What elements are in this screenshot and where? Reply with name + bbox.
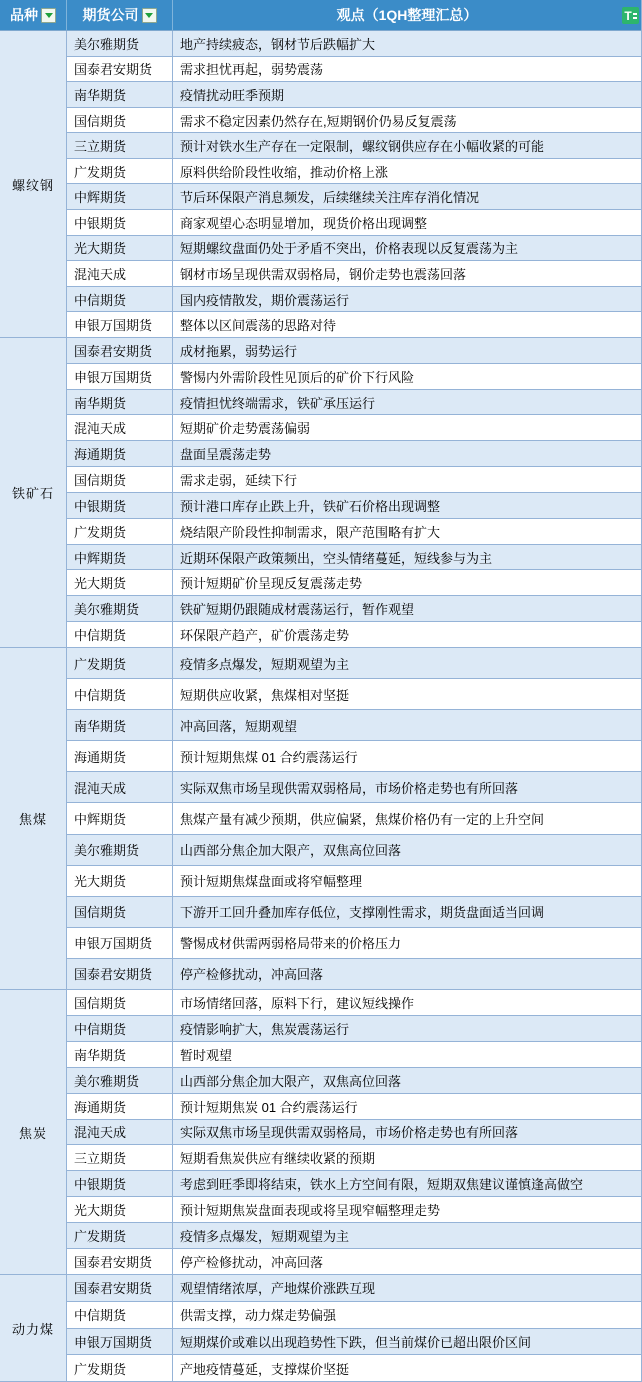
corner-logo-badge-icon: T xyxy=(622,7,639,24)
company-cell[interactable]: 混沌天成 xyxy=(67,772,173,802)
table-row: 国信期货需求不稳定因素仍然存在,短期钢价仍易反复震荡 xyxy=(67,108,641,134)
view-cell[interactable]: 短期看焦炭供应有继续收紧的预期 xyxy=(173,1145,641,1170)
view-cell[interactable]: 需求走弱，延续下行 xyxy=(173,467,641,492)
company-cell[interactable]: 国泰君安期货 xyxy=(67,338,173,363)
company-cell[interactable]: 国泰君安期货 xyxy=(67,1249,173,1274)
section-rows: 广发期货疫情多点爆发，短期观望为主中信期货短期供应收紧，焦煤相对坚挺南华期货冲高… xyxy=(67,648,641,990)
view-cell[interactable]: 成材拖累，弱势运行 xyxy=(173,338,641,363)
view-cell[interactable]: 预计短期矿价呈现反复震荡走势 xyxy=(173,570,641,595)
filter-dropdown-icon xyxy=(45,13,53,18)
view-cell[interactable]: 钢材市场呈现供需双弱格局，钢价走势也震荡回落 xyxy=(173,261,641,286)
variety-cell[interactable]: 焦煤 xyxy=(0,648,67,990)
company-cell[interactable]: 国泰君安期货 xyxy=(67,1275,173,1301)
view-cell[interactable]: 原料供给阶段性收缩，推动价格上涨 xyxy=(173,159,641,184)
table-row: 中信期货国内疫情散发，期价震荡运行 xyxy=(67,287,641,313)
table-row: 中信期货环保限产趋产，矿价震荡走势 xyxy=(67,622,641,648)
view-cell[interactable]: 山西部分焦企加大限产，双焦高位回落 xyxy=(173,835,641,865)
view-cell[interactable]: 烧结限产阶段性抑制需求，限产范围略有扩大 xyxy=(173,519,641,544)
company-cell[interactable]: 美尔雅期货 xyxy=(67,1068,173,1093)
view-cell[interactable]: 环保限产趋产，矿价震荡走势 xyxy=(173,622,641,647)
company-cell[interactable]: 光大期货 xyxy=(67,236,173,261)
table-row: 中银期货商家观望心态明显增加，现货价格出现调整 xyxy=(67,210,641,236)
table-row: 混沌天成钢材市场呈现供需双弱格局，钢价走势也震荡回落 xyxy=(67,261,641,287)
table-row: 海通期货盘面呈震荡走势 xyxy=(67,441,641,467)
table-row: 广发期货疫情多点爆发，短期观望为主 xyxy=(67,648,641,679)
table-row: 国泰君安期货需求担忧再起，弱势震荡 xyxy=(67,57,641,83)
commodity-section: 铁矿石国泰君安期货成材拖累，弱势运行申银万国期货警惕内外需阶段性见顶后的矿价下行… xyxy=(0,338,641,648)
company-cell[interactable]: 申银万国期货 xyxy=(67,928,173,958)
header-cell-company[interactable]: 期货公司 xyxy=(67,0,173,30)
company-cell[interactable]: 海通期货 xyxy=(67,1094,173,1119)
company-cell[interactable]: 南华期货 xyxy=(67,390,173,415)
header-variety-label: 品种 xyxy=(10,5,38,25)
table-row: 中辉期货焦煤产量有减少预期，供应偏紧，焦煤价格仍有一定的上升空间 xyxy=(67,803,641,834)
variety-cell[interactable]: 螺纹钢 xyxy=(0,31,67,338)
table-row: 南华期货暂时观望 xyxy=(67,1042,641,1068)
header-company-label: 期货公司 xyxy=(83,5,139,25)
table-row: 南华期货冲高回落，短期观望 xyxy=(67,710,641,741)
company-cell[interactable]: 美尔雅期货 xyxy=(67,835,173,865)
company-cell[interactable]: 混沌天成 xyxy=(67,261,173,286)
table-body: 螺纹钢美尔雅期货地产持续疲态，钢材节后跌幅扩大国泰君安期货需求担忧再起，弱势震荡… xyxy=(0,31,641,1382)
company-cell[interactable]: 南华期货 xyxy=(67,710,173,740)
section-rows: 美尔雅期货地产持续疲态，钢材节后跌幅扩大国泰君安期货需求担忧再起，弱势震荡南华期… xyxy=(67,31,641,338)
company-cell[interactable]: 国信期货 xyxy=(67,108,173,133)
view-cell[interactable]: 近期环保限产政策频出，空头情绪蔓延，短线参与为主 xyxy=(173,545,641,570)
opinions-table: 品种 期货公司 观点（1QH整理汇总） T 螺纹钢美尔雅期货地产持续疲态，钢材节… xyxy=(0,0,642,1382)
company-cell[interactable]: 美尔雅期货 xyxy=(67,596,173,621)
table-row: 南华期货疫情扰动旺季预期 xyxy=(67,82,641,108)
view-cell[interactable]: 预计对铁水生产存在一定限制，螺纹钢供应存在小幅收紧的可能 xyxy=(173,133,641,158)
table-row: 国信期货需求走弱，延续下行 xyxy=(67,467,641,493)
view-cell[interactable]: 产地疫情蔓延，支撑煤价坚挺 xyxy=(173,1355,641,1381)
company-cell[interactable]: 光大期货 xyxy=(67,570,173,595)
table-row: 南华期货疫情担忧终端需求，铁矿承压运行 xyxy=(67,390,641,416)
header-view-label: 观点（1QH整理汇总） xyxy=(337,5,478,25)
section-rows: 国信期货市场情绪回落，原料下行，建议短线操作中信期货疫情影响扩大，焦炭震荡运行南… xyxy=(67,990,641,1275)
company-cell[interactable]: 中信期货 xyxy=(67,1016,173,1041)
table-row: 海通期货预计短期焦煤 01 合约震荡运行 xyxy=(67,741,641,772)
header-cell-variety[interactable]: 品种 xyxy=(0,0,67,30)
table-row: 中信期货疫情影响扩大，焦炭震荡运行 xyxy=(67,1016,641,1042)
view-cell[interactable]: 需求担忧再起，弱势震荡 xyxy=(173,57,641,82)
company-cell[interactable]: 中信期货 xyxy=(67,1302,173,1328)
view-cell[interactable]: 短期供应收紧，焦煤相对坚挺 xyxy=(173,679,641,709)
header-cell-view[interactable]: 观点（1QH整理汇总） xyxy=(173,0,641,30)
variety-cell[interactable]: 动力煤 xyxy=(0,1275,67,1382)
view-cell[interactable]: 盘面呈震荡走势 xyxy=(173,441,641,466)
view-cell[interactable]: 停产检修扰动，冲高回落 xyxy=(173,959,641,989)
view-cell[interactable]: 预计短期焦煤盘面或将窄幅整理 xyxy=(173,866,641,896)
filter-dropdown-icon xyxy=(145,13,153,18)
table-row: 三立期货短期看焦炭供应有继续收紧的预期 xyxy=(67,1145,641,1171)
table-row: 申银万国期货整体以区间震荡的思路对待 xyxy=(67,312,641,338)
commodity-section: 螺纹钢美尔雅期货地产持续疲态，钢材节后跌幅扩大国泰君安期货需求担忧再起，弱势震荡… xyxy=(0,31,641,338)
company-cell[interactable]: 申银万国期货 xyxy=(67,364,173,389)
view-cell[interactable]: 国内疫情散发，期价震荡运行 xyxy=(173,287,641,312)
table-row: 中银期货预计港口库存止跌上升，铁矿石价格出现调整 xyxy=(67,493,641,519)
table-row: 中银期货考虑到旺季即将结束，铁水上方空间有限，短期双焦建议谨慎逢高做空 xyxy=(67,1171,641,1197)
view-cell[interactable]: 供需支撑，动力煤走势偏强 xyxy=(173,1302,641,1328)
table-row: 三立期货预计对铁水生产存在一定限制，螺纹钢供应存在小幅收紧的可能 xyxy=(67,133,641,159)
company-cell[interactable]: 海通期货 xyxy=(67,741,173,771)
table-row: 广发期货疫情多点爆发，短期观望为主 xyxy=(67,1223,641,1249)
view-cell[interactable]: 商家观望心态明显增加，现货价格出现调整 xyxy=(173,210,641,235)
company-cell[interactable]: 广发期货 xyxy=(67,648,173,678)
table-row: 广发期货烧结限产阶段性抑制需求，限产范围略有扩大 xyxy=(67,519,641,545)
view-cell[interactable]: 短期煤价或难以出现趋势性下跌，但当前煤价已超出限价区间 xyxy=(173,1329,641,1355)
table-header: 品种 期货公司 观点（1QH整理汇总） T xyxy=(0,0,641,31)
variety-filter-button[interactable] xyxy=(41,8,56,23)
company-cell[interactable]: 国信期货 xyxy=(67,897,173,927)
view-cell[interactable]: 节后环保限产消息频发，后续继续关注库存消化情况 xyxy=(173,184,641,209)
company-cell[interactable]: 中信期货 xyxy=(67,287,173,312)
view-cell[interactable]: 考虑到旺季即将结束，铁水上方空间有限，短期双焦建议谨慎逢高做空 xyxy=(173,1171,641,1196)
table-row: 中信期货供需支撑，动力煤走势偏强 xyxy=(67,1302,641,1329)
view-cell[interactable]: 市场情绪回落，原料下行，建议短线操作 xyxy=(173,990,641,1015)
table-row: 美尔雅期货地产持续疲态，钢材节后跌幅扩大 xyxy=(67,31,641,57)
table-row: 混沌天成实际双焦市场呈现供需双弱格局，市场价格走势也有所回落 xyxy=(67,772,641,803)
table-row: 国泰君安期货成材拖累，弱势运行 xyxy=(67,338,641,364)
view-cell[interactable]: 疫情担忧终端需求，铁矿承压运行 xyxy=(173,390,641,415)
company-cell[interactable]: 申银万国期货 xyxy=(67,312,173,337)
view-cell[interactable]: 预计港口库存止跌上升，铁矿石价格出现调整 xyxy=(173,493,641,518)
table-row: 海通期货预计短期焦炭 01 合约震荡运行 xyxy=(67,1094,641,1120)
view-cell[interactable]: 暂时观望 xyxy=(173,1042,641,1067)
view-cell[interactable]: 观望情绪浓厚，产地煤价涨跌互现 xyxy=(173,1275,641,1301)
view-cell[interactable]: 警惕内外需阶段性见顶后的矿价下行风险 xyxy=(173,364,641,389)
company-cell[interactable]: 广发期货 xyxy=(67,159,173,184)
company-cell[interactable]: 光大期货 xyxy=(67,866,173,896)
company-cell[interactable]: 中银期货 xyxy=(67,1171,173,1196)
company-cell[interactable]: 三立期货 xyxy=(67,1145,173,1170)
table-row: 美尔雅期货山西部分焦企加大限产，双焦高位回落 xyxy=(67,1068,641,1094)
company-cell[interactable]: 三立期货 xyxy=(67,133,173,158)
view-cell[interactable]: 焦煤产量有减少预期，供应偏紧，焦煤价格仍有一定的上升空间 xyxy=(173,803,641,833)
company-cell[interactable]: 光大期货 xyxy=(67,1197,173,1222)
view-cell[interactable]: 预计短期焦煤 01 合约震荡运行 xyxy=(173,741,641,771)
company-cell[interactable]: 国泰君安期货 xyxy=(67,57,173,82)
table-row: 国信期货市场情绪回落，原料下行，建议短线操作 xyxy=(67,990,641,1016)
company-cell[interactable]: 南华期货 xyxy=(67,82,173,107)
company-cell[interactable]: 中辉期货 xyxy=(67,545,173,570)
table-row: 中信期货短期供应收紧，焦煤相对坚挺 xyxy=(67,679,641,710)
view-cell[interactable]: 停产检修扰动，冲高回落 xyxy=(173,1249,641,1274)
badge-letter: T xyxy=(624,10,631,22)
table-row: 国泰君安期货停产检修扰动，冲高回落 xyxy=(67,959,641,990)
company-cell[interactable]: 中信期货 xyxy=(67,622,173,647)
company-cell[interactable]: 中辉期货 xyxy=(67,184,173,209)
view-cell[interactable]: 警惕成材供需两弱格局带来的价格压力 xyxy=(173,928,641,958)
view-cell[interactable]: 疫情影响扩大，焦炭震荡运行 xyxy=(173,1016,641,1041)
company-cell[interactable]: 申银万国期货 xyxy=(67,1329,173,1355)
view-cell[interactable]: 下游开工回升叠加库存低位，支撑刚性需求，期货盘面适当回调 xyxy=(173,897,641,927)
company-cell[interactable]: 南华期货 xyxy=(67,1042,173,1067)
view-cell[interactable]: 预计短期焦炭 01 合约震荡运行 xyxy=(173,1094,641,1119)
commodity-section: 动力煤国泰君安期货观望情绪浓厚，产地煤价涨跌互现中信期货供需支撑，动力煤走势偏强… xyxy=(0,1275,641,1382)
table-row: 广发期货原料供给阶段性收缩，推动价格上涨 xyxy=(67,159,641,185)
table-row: 光大期货预计短期焦煤盘面或将窄幅整理 xyxy=(67,866,641,897)
table-row: 中辉期货近期环保限产政策频出，空头情绪蔓延，短线参与为主 xyxy=(67,545,641,571)
view-cell[interactable]: 铁矿短期仍跟随成材震荡运行，暂作观望 xyxy=(173,596,641,621)
company-cell[interactable]: 广发期货 xyxy=(67,519,173,544)
table-row: 光大期货短期螺纹盘面仍处于矛盾不突出，价格表现以反复震荡为主 xyxy=(67,236,641,262)
table-row: 广发期货产地疫情蔓延，支撑煤价坚挺 xyxy=(67,1355,641,1382)
company-cell[interactable]: 国泰君安期货 xyxy=(67,959,173,989)
table-row: 申银万国期货短期煤价或难以出现趋势性下跌，但当前煤价已超出限价区间 xyxy=(67,1329,641,1356)
company-cell[interactable]: 美尔雅期货 xyxy=(67,31,173,56)
company-filter-button[interactable] xyxy=(142,8,157,23)
variety-cell[interactable]: 铁矿石 xyxy=(0,338,67,648)
company-cell[interactable]: 中辉期货 xyxy=(67,803,173,833)
table-row: 美尔雅期货山西部分焦企加大限产，双焦高位回落 xyxy=(67,835,641,866)
table-row: 光大期货预计短期焦炭盘面表现或将呈现窄幅整理走势 xyxy=(67,1197,641,1223)
view-cell[interactable]: 实际双焦市场呈现供需双弱格局，市场价格走势也有所回落 xyxy=(173,1120,641,1145)
company-cell[interactable]: 广发期货 xyxy=(67,1355,173,1381)
company-cell[interactable]: 混沌天成 xyxy=(67,1120,173,1145)
variety-cell[interactable]: 焦炭 xyxy=(0,990,67,1275)
table-row: 国泰君安期货停产检修扰动，冲高回落 xyxy=(67,1249,641,1275)
view-cell[interactable]: 冲高回落，短期观望 xyxy=(173,710,641,740)
view-cell[interactable]: 山西部分焦企加大限产，双焦高位回落 xyxy=(173,1068,641,1093)
section-rows: 国泰君安期货观望情绪浓厚，产地煤价涨跌互现中信期货供需支撑，动力煤走势偏强申银万… xyxy=(67,1275,641,1382)
company-cell[interactable]: 海通期货 xyxy=(67,441,173,466)
company-cell[interactable]: 中银期货 xyxy=(67,493,173,518)
view-cell[interactable]: 整体以区间震荡的思路对待 xyxy=(173,312,641,337)
section-rows: 国泰君安期货成材拖累，弱势运行申银万国期货警惕内外需阶段性见顶后的矿价下行风险南… xyxy=(67,338,641,648)
view-cell[interactable]: 短期螺纹盘面仍处于矛盾不突出，价格表现以反复震荡为主 xyxy=(173,236,641,261)
company-cell[interactable]: 国信期货 xyxy=(67,467,173,492)
view-cell[interactable]: 疫情多点爆发，短期观望为主 xyxy=(173,648,641,678)
view-cell[interactable]: 实际双焦市场呈现供需双弱格局，市场价格走势也有所回落 xyxy=(173,772,641,802)
table-row: 国信期货下游开工回升叠加库存低位，支撑刚性需求，期货盘面适当回调 xyxy=(67,897,641,928)
company-cell[interactable]: 混沌天成 xyxy=(67,415,173,440)
badge-bars-icon xyxy=(633,13,637,19)
view-cell[interactable]: 疫情扰动旺季预期 xyxy=(173,82,641,107)
table-row: 光大期货预计短期矿价呈现反复震荡走势 xyxy=(67,570,641,596)
view-cell[interactable]: 地产持续疲态，钢材节后跌幅扩大 xyxy=(173,31,641,56)
company-cell[interactable]: 中信期货 xyxy=(67,679,173,709)
table-row: 美尔雅期货铁矿短期仍跟随成材震荡运行，暂作观望 xyxy=(67,596,641,622)
commodity-section: 焦炭国信期货市场情绪回落，原料下行，建议短线操作中信期货疫情影响扩大，焦炭震荡运… xyxy=(0,990,641,1275)
view-cell[interactable]: 预计短期焦炭盘面表现或将呈现窄幅整理走势 xyxy=(173,1197,641,1222)
company-cell[interactable]: 广发期货 xyxy=(67,1223,173,1248)
view-cell[interactable]: 短期矿价走势震荡偏弱 xyxy=(173,415,641,440)
table-row: 国泰君安期货观望情绪浓厚，产地煤价涨跌互现 xyxy=(67,1275,641,1302)
commodity-section: 焦煤广发期货疫情多点爆发，短期观望为主中信期货短期供应收紧，焦煤相对坚挺南华期货… xyxy=(0,648,641,990)
table-row: 中辉期货节后环保限产消息频发，后续继续关注库存消化情况 xyxy=(67,184,641,210)
table-row: 申银万国期货警惕内外需阶段性见顶后的矿价下行风险 xyxy=(67,364,641,390)
view-cell[interactable]: 需求不稳定因素仍然存在,短期钢价仍易反复震荡 xyxy=(173,108,641,133)
company-cell[interactable]: 中银期货 xyxy=(67,210,173,235)
company-cell[interactable]: 国信期货 xyxy=(67,990,173,1015)
table-row: 混沌天成实际双焦市场呈现供需双弱格局，市场价格走势也有所回落 xyxy=(67,1120,641,1146)
table-row: 混沌天成短期矿价走势震荡偏弱 xyxy=(67,415,641,441)
view-cell[interactable]: 疫情多点爆发，短期观望为主 xyxy=(173,1223,641,1248)
table-row: 申银万国期货警惕成材供需两弱格局带来的价格压力 xyxy=(67,928,641,959)
